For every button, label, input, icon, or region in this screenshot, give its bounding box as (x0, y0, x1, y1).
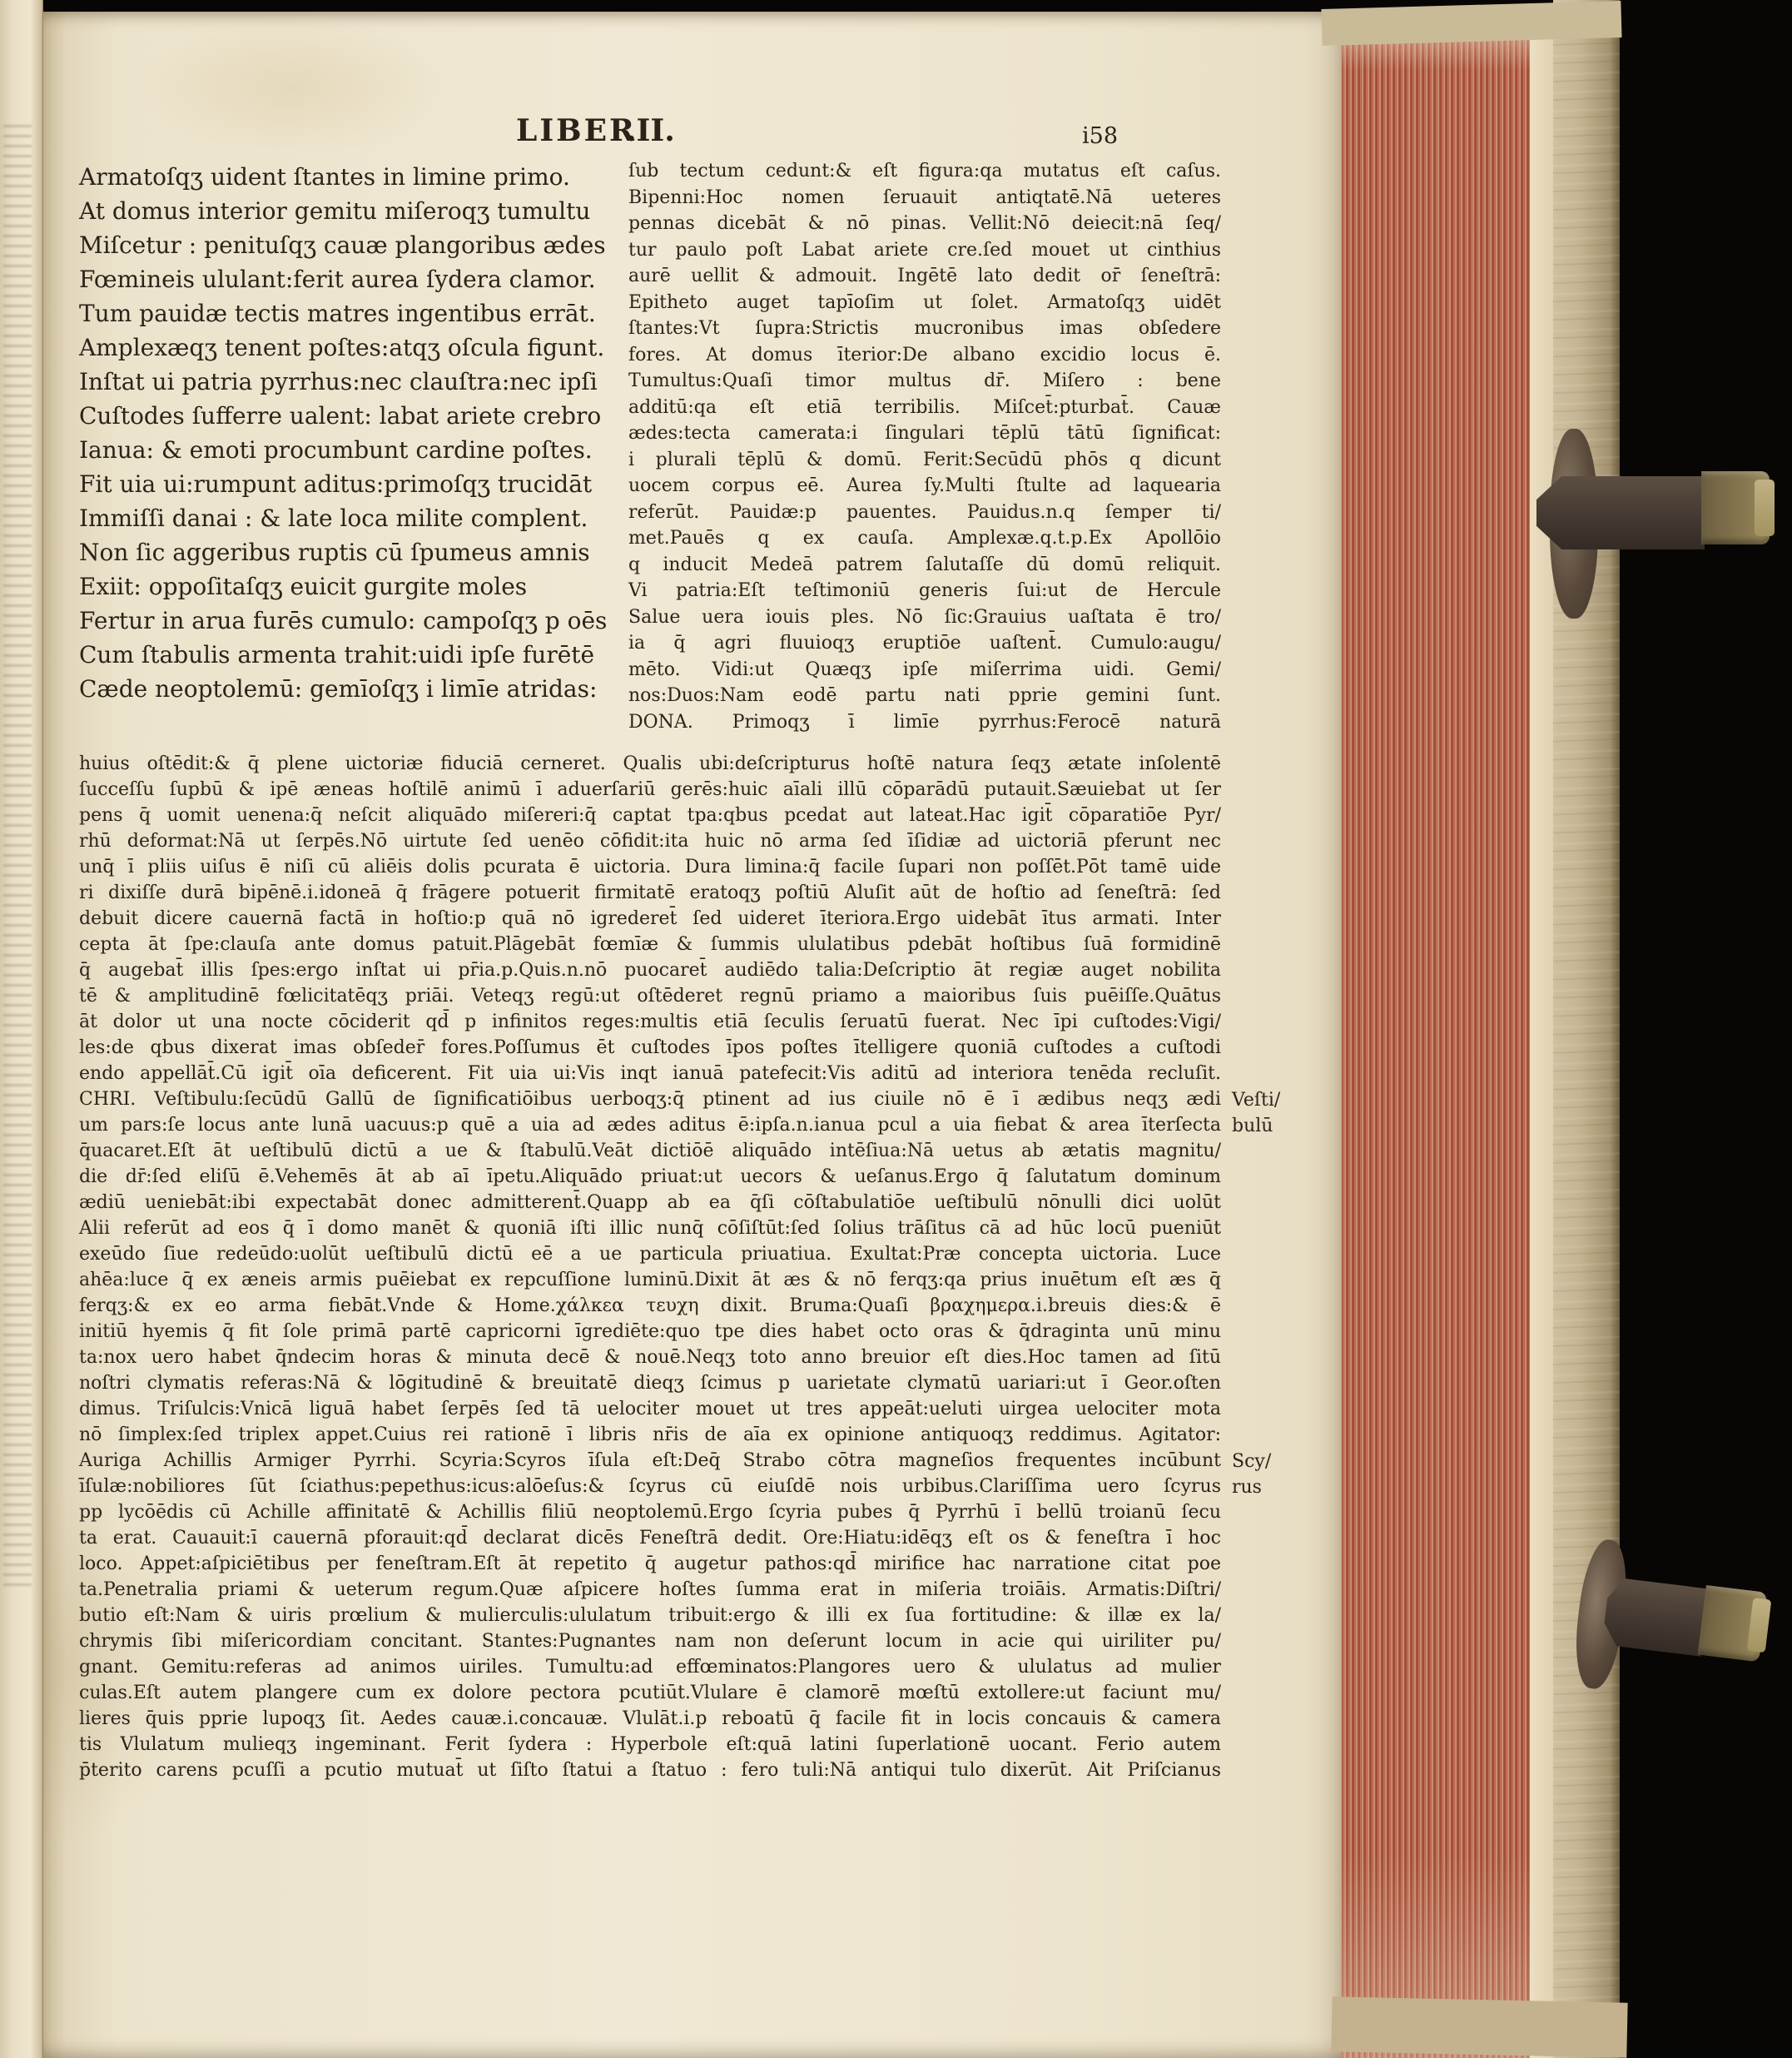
commentary-line: culas.Eſt autem plangere cum ex dolore p… (79, 1680, 1221, 1706)
commentary-line: noſtri clymatis referas:Nā & lōgitudinē … (79, 1370, 1221, 1396)
commentary-line: īſulæ:nobiliores ſūt ſciathus:pepethus:i… (79, 1474, 1221, 1499)
commentary-line: met.Pauēs q ex cauſa. Amplexæ.q.t.p.Ex A… (628, 525, 1221, 552)
verse-line: Exiit: oppoſitaſqʒ euicit gurgite moles (79, 569, 618, 604)
commentary-line: ſtantes:Vt ſupra:Strictis mucronibus ima… (628, 316, 1221, 342)
verse-line: Ianua: & emoti procumbunt cardine poſtes… (79, 433, 618, 467)
commentary-line: tur paulo poſt Labat ariete cre.ſed moue… (628, 237, 1221, 264)
commentary-line: referūt. Pauidæ:p pauentes. Pauidus.n.q … (628, 500, 1221, 526)
commentary-line: Bipenni:Hoc nomen ſeruauit antiqtatē.Nā … (628, 185, 1221, 211)
commentary-line: i plurali tēplū & domū. Ferit:Secūdū phō… (628, 447, 1221, 474)
facing-page-edge (0, 0, 43, 2058)
commentary-line: q inducit Medeā patrem ſalutaſſe dū domū… (628, 552, 1221, 579)
folio-number: i58 (1082, 123, 1118, 149)
commentary-line: chrymis ſibi miſericordiam concitant. St… (79, 1628, 1221, 1654)
verse-line: Fœmineis ululant:ferit aurea ſydera clam… (79, 262, 618, 296)
vellum-cover-bottom-corner (1331, 1996, 1627, 2057)
commentary-line: ri dixiſſe durā bipēnē.i.idoneā q̄ frāge… (79, 880, 1221, 906)
commentary-line: gnant. Gemitu:referas ad animos uiriles.… (79, 1654, 1221, 1680)
vellum-cover-edge (1553, 0, 1620, 2058)
verse-line: Miſcetur : penituſqʒ cauæ plangoribus æd… (79, 228, 618, 262)
commentary-line: les:de qbus dixerat imas obſeder̄ fores.… (79, 1035, 1221, 1061)
verse-line: Amplexæqʒ tenent poſtes:atqʒ oſcula figu… (79, 331, 618, 365)
commentary-line: nō ſimplex:ſed triplex appet.Cuius rei r… (79, 1422, 1221, 1448)
commentary-line: cepta āt ſpe:clauſa ante domus patuit.Pl… (79, 932, 1221, 957)
virgil-verse-column: Armatoſqʒ uident ſtantes in limine primo… (79, 160, 618, 706)
commentary-line: Epitheto auget tapīoſim ut ſolet. Armato… (628, 290, 1221, 316)
commentary-line: ta.Penetralia priami & ueterum regum.Quæ… (79, 1577, 1221, 1603)
margin-note-vestibulum: Veſti/ bulū (1232, 1087, 1297, 1139)
facing-page-ghost-text (3, 125, 32, 1590)
clasp-leather-strap (1536, 476, 1705, 549)
commentary-line: exeūdo ſiue redeūdo:uolūt ueſtibulū dict… (79, 1241, 1221, 1267)
verse-line: Cuſtodes ſufferre ualent: labat ariete c… (79, 399, 618, 433)
commentary-line: pp lycōēdis cū Achille affinitatē & Achi… (79, 1499, 1221, 1525)
verse-line: Fertur in arua furēs cumulo: campoſqʒ p … (79, 604, 618, 638)
commentary-line: lieres q̄uis pprie lupoqʒ ſit. Aedes cau… (79, 1706, 1221, 1732)
commentary-line: p̄terito carens pcuſſi a pcutio mutuat̄ … (79, 1757, 1221, 1783)
commentary-line: ferqʒ:& ex eo arma fiebāt.Vnde & Home.χά… (79, 1293, 1221, 1319)
commentary-right-column: ſub tectum cedunt:& eſt figura:qa mutatu… (628, 158, 1221, 735)
commentary-line: āt dolor ut una nocte cōciderit qd̄ p in… (79, 1009, 1221, 1035)
verse-line: Non ſic aggeribus ruptis cū ſpumeus amni… (79, 535, 618, 569)
commentary-line: Vi patria:Eſt teſtimoniū generis ſui:ut … (628, 578, 1221, 604)
running-title-book-numeral: .II. (626, 113, 675, 148)
margin-note-line: rus (1232, 1474, 1297, 1500)
commentary-line: ahēa:luce q̄ ex æneis armis puēiebat ex … (79, 1267, 1221, 1293)
commentary-line: Tumultus:Quaſi timor multus dr̄. Miſero … (628, 368, 1221, 395)
commentary-line: ta:nox uero habet q̄ndecim horas & minut… (79, 1345, 1221, 1370)
commentary-line: Alii referūt ad eos q̄ ī domo manēt & qu… (79, 1215, 1221, 1241)
commentary-line: unq̄ ī pliis uiſus ē niſi cū aliēis doli… (79, 854, 1221, 880)
commentary-line: Salue uera iouis ples. Nō ſic:Grauius ua… (628, 604, 1221, 631)
verse-line: Armatoſqʒ uident ſtantes in limine primo… (79, 160, 618, 194)
commentary-line: fores. At domus īterior:De albano excidi… (628, 342, 1221, 369)
commentary-line: aurē uellit & admouit. Ingētē lato dedit… (628, 263, 1221, 290)
commentary-line: pennas dicebāt & nō pinas. Vellit:Nō dei… (628, 211, 1221, 237)
commentary-line: tis Vlulatum mulieqʒ ingeminant. Ferit ſ… (79, 1732, 1221, 1757)
photograph-of-incunable-book: { "book": { "page_header": { "liber": "L… (0, 0, 1792, 2058)
verse-line: Cæde neoptolemū: gemīoſqʒ i limīe atrida… (79, 672, 618, 706)
commentary-line: rhū deformat:Nā ut ſerpēs.Nō uirtute ſed… (79, 828, 1221, 854)
commentary-line: endo appellāt̄.Cū igit̄ oīa deficerent. … (79, 1061, 1221, 1086)
margin-note-line: Veſti/ (1232, 1087, 1297, 1113)
verse-line: Tum pauidæ tectis matres ingentibus errā… (79, 296, 618, 331)
verse-line: Fit uia ui:rumpunt aditus:primoſqʒ truci… (79, 467, 618, 501)
commentary-line: ædes:tecta camerata:i ſingulari tēplū tā… (628, 420, 1221, 447)
commentary-line: dimus. Triſulcis:Vnicā liguā habet ſerpē… (79, 1396, 1221, 1422)
clasp-brass-tip (1755, 480, 1775, 536)
commentary-line: Auriga Achillis Armiger Pyrrhi. Scyria:S… (79, 1448, 1221, 1474)
commentary-line: tē & amplitudinē fœlicitatēqʒ priāi. Vet… (79, 983, 1221, 1009)
verse-line: Cum ſtabulis armenta trahit:uidi ipſe fu… (79, 638, 618, 672)
margin-note-line: bulū (1232, 1113, 1297, 1139)
red-fore-edge (1342, 12, 1530, 2058)
commentary-line: q̄ augebat̄ illis ſpes:ergo inſtat ui pr… (79, 957, 1221, 983)
commentary-line: ſub tectum cedunt:& eſt figura:qa mutatu… (628, 158, 1221, 185)
commentary-line: DONA. Primoqʒ ī limīe pyrrhus:Ferocē nat… (628, 709, 1221, 736)
running-title-liber: LIBER (516, 113, 637, 148)
verse-line: Inſtat ui patria pyrrhus:nec clauſtra:ne… (79, 365, 618, 399)
page-edge-strip (1530, 12, 1553, 2058)
commentary-line: CHRI. Veſtibulu:ſecūdū Gallū de ſignific… (79, 1086, 1221, 1112)
commentary-line: uocem corpus eē. Aurea ſy.Multi ſtulte a… (628, 473, 1221, 500)
commentary-line: debuit dicere cauernā factā in hoſtio:p … (79, 906, 1221, 932)
commentary-line: additū:qa eſt etiā terribilis. Miſcet̄:p… (628, 395, 1221, 421)
commentary-line: ta erat. Cauauit:ī cauernā pforauit:qd̄ … (79, 1525, 1221, 1551)
verse-line: Immiſſi danai : & late loca milite compl… (79, 501, 618, 535)
commentary-line: die dr̄:ſed eliſū ē.Vehemēs āt ab aī īpe… (79, 1164, 1221, 1190)
commentary-line: nos:Duos:Nam eodē partu nati pprie gemin… (628, 683, 1221, 709)
commentary-line: um pars:ſe locus ante lunā uacuus:p quē … (79, 1112, 1221, 1138)
commentary-line: butio eſt:Nam & uiris prœlium & muliercu… (79, 1603, 1221, 1628)
commentary-line: mēto. Vidi:ut Quæqʒ ipſe miſerrima uidi.… (628, 657, 1221, 684)
verse-line: At domus interior gemitu miſeroqʒ tumult… (79, 194, 618, 228)
commentary-line: pens q̄ uomit uenena:q̄ neſcit aliquādo … (79, 803, 1221, 828)
commentary-line: ſucceſſu ſupbū & ipē æneas hoſtilē animū… (79, 777, 1221, 803)
commentary-line: initiū hyemis q̄ fit ſole primā partē ca… (79, 1319, 1221, 1345)
commentary-line: ædiū ueniebāt:ibi expectabāt donec admit… (79, 1190, 1221, 1215)
commentary-full-width: huius oſtēdit:& q̄ plene uictoriæ fiduci… (79, 751, 1221, 1783)
commentary-line: q̄uacaret.Eſt āt ueſtibulū dictū a ue & … (79, 1138, 1221, 1164)
commentary-line: loco. Appet:aſpiciētibus per feneſtram.E… (79, 1551, 1221, 1577)
margin-note-line: Scy/ (1232, 1449, 1297, 1474)
clasp-leather-strap (1601, 1577, 1709, 1657)
commentary-line: ia q̄ agri fluuioqʒ eruptiōe uaſtent̄. C… (628, 630, 1221, 657)
margin-note-scyrus: Scy/ rus (1232, 1449, 1297, 1500)
commentary-line: huius oſtēdit:& q̄ plene uictoriæ fiduci… (79, 751, 1221, 777)
